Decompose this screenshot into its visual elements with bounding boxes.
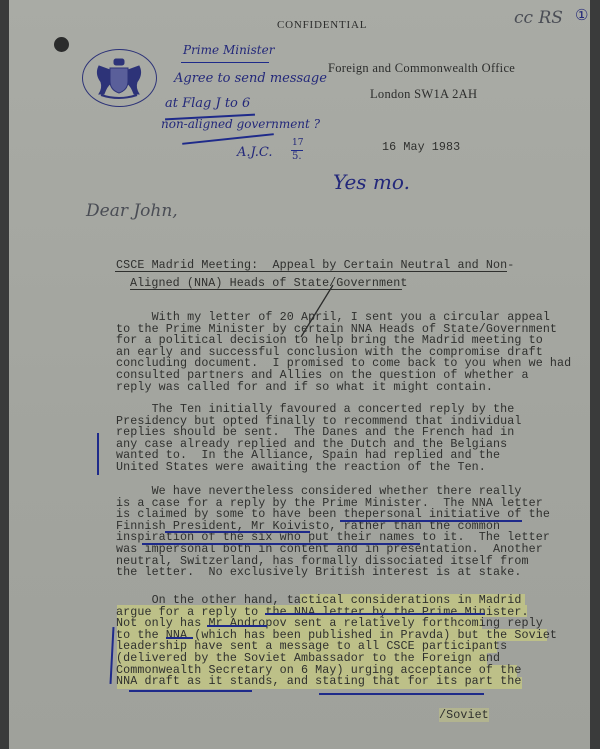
underline-nna [166,637,193,639]
underline-personal-initiative [340,520,522,522]
underline-stating [319,693,484,695]
paragraph-1: With my letter of 20 April, I sent you a… [116,312,571,393]
paragraph-4: On the other hand, tactical consideratio… [116,595,557,688]
underline-nna-letter [265,613,485,615]
underline-nna-draft [129,690,252,692]
continuation-catchword: /Soviet [439,708,489,722]
underline-finnish-president [165,531,310,533]
underline-andropov [207,625,267,627]
margin-sideline-1 [97,433,99,475]
paragraph-2: The Ten initially favoured a concerted r… [116,404,521,474]
letter-page: CONFIDENTIAL cc RS ① Prime Minister Agre… [9,0,590,749]
underline-common-inspiration [142,543,420,545]
